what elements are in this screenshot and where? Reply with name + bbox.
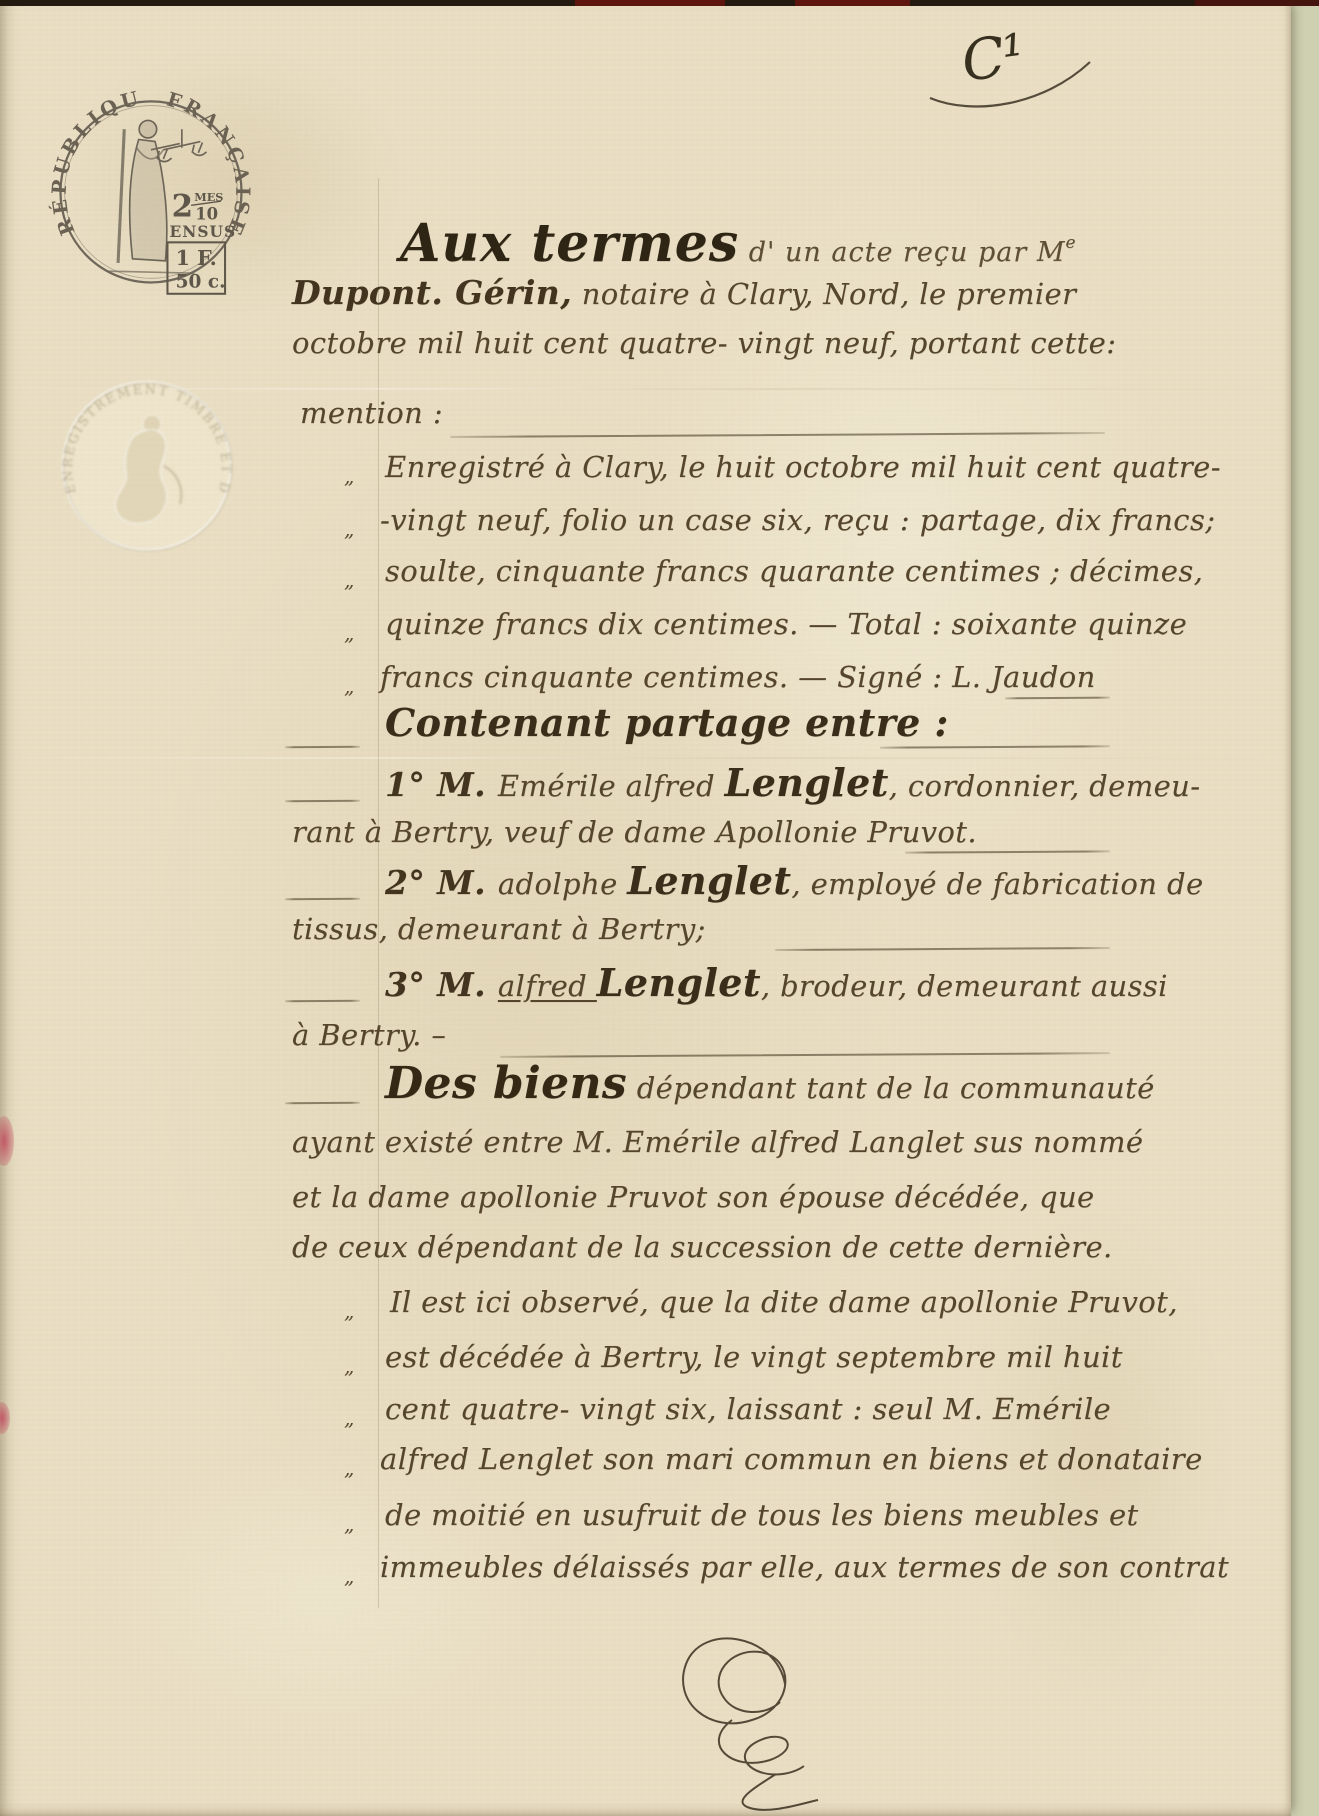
manuscript-text-segment: -vingt neuf, folio un case six, reçu : p… xyxy=(380,503,1215,537)
manuscript-text-segment: est décédée à Bertry, le vingt septembre… xyxy=(385,1340,1123,1374)
stamp-rate-digit: 2 xyxy=(172,189,193,225)
manuscript-text-segment: tissus, demeurant à Bertry; xyxy=(292,912,706,946)
quotation-mark: „ xyxy=(344,1406,354,1430)
manuscript-line: soulte, cinquante francs quarante centim… xyxy=(385,554,1203,588)
margin-crease xyxy=(378,178,379,1608)
scanned-document-page: { "page": { "corner_mark": "C¹", "paper_… xyxy=(0,0,1319,1816)
manuscript-text-segment: , brodeur, demeurant aussi xyxy=(761,969,1168,1003)
revenue-stamp: RÉPUBLIQUE FRANÇAISE 2 MES 10 ENSUS 1 F.… xyxy=(48,86,254,302)
manuscript-text-segment: cent quatre- vingt six, laissant : seul … xyxy=(385,1392,1111,1426)
red-edge-mark xyxy=(1195,0,1319,6)
manuscript-text-segment: , employé de fabrication de xyxy=(791,867,1203,901)
corner-mark-swash xyxy=(918,46,1108,116)
manuscript-text-segment: à Bertry. – xyxy=(292,1018,446,1052)
manuscript-line: et la dame apollonie Pruvot son épouse d… xyxy=(292,1180,1095,1214)
quotation-mark: „ xyxy=(344,464,354,488)
manuscript-line: mention : xyxy=(300,396,443,430)
manuscript-text-segment: quinze francs dix centimes. — Total : so… xyxy=(385,607,1187,641)
manuscript-line: Contenant partage entre : xyxy=(385,700,949,745)
manuscript-text-segment: Emérile alfred xyxy=(498,769,725,803)
manuscript-text-segment: Il est ici observé, que la dite dame apo… xyxy=(390,1285,1178,1319)
manuscript-text-segment: Contenant partage entre : xyxy=(385,700,949,745)
manuscript-text-segment: notaire à Clary, Nord, le premier xyxy=(572,277,1076,311)
manuscript-line: Enregistré à Clary, le huit octobre mil … xyxy=(385,450,1221,484)
manuscript-line: de ceux dépendant de la succession de ce… xyxy=(292,1230,1113,1264)
manuscript-text-segment: Lenglet xyxy=(725,760,889,805)
manuscript-text-segment: Dupont. Gérin, xyxy=(292,273,572,312)
manuscript-line: -vingt neuf, folio un case six, reçu : p… xyxy=(380,503,1215,537)
manuscript-text-segment: e xyxy=(1066,233,1076,253)
quotation-mark: „ xyxy=(344,1299,354,1323)
manuscript-line: octobre mil huit cent quatre- vingt neuf… xyxy=(292,326,1116,360)
manuscript-text-segment: Aux termes xyxy=(400,213,739,274)
embossed-seal: ENREGISTREMENT TIMBRE ET DOMAINES xyxy=(52,366,242,558)
quotation-mark: „ xyxy=(344,1456,354,1480)
manuscript-line: francs cinquante centimes. — Signé : L. … xyxy=(380,660,1096,694)
manuscript-text-segment: dépendant tant de la communauté xyxy=(627,1071,1155,1105)
manuscript-line: ayant existé entre M. Emérile alfred Lan… xyxy=(292,1125,1143,1159)
manuscript-line: tissus, demeurant à Bertry; xyxy=(292,912,706,946)
manuscript-text-segment: Lenglet xyxy=(627,858,791,903)
scales-icon xyxy=(157,129,206,161)
manuscript-text-segment: rant à Bertry, veuf de dame Apollonie Pr… xyxy=(292,815,977,849)
manuscript-text-segment: alfred xyxy=(498,969,597,1003)
quotation-mark: „ xyxy=(344,1564,354,1588)
manuscript-text-segment: ayant existé entre M. Emérile alfred Lan… xyxy=(292,1125,1143,1159)
manuscript-line: de moitié en usufruit de tous les biens … xyxy=(385,1498,1139,1532)
red-edge-mark xyxy=(575,0,725,6)
manuscript-text-segment: Lenglet xyxy=(597,960,761,1005)
manuscript-text-segment: 1° M. xyxy=(385,765,498,804)
manuscript-text-segment: francs cinquante centimes. — Signé : L. … xyxy=(380,660,1096,694)
stamp-rate-word: ENSUS xyxy=(170,223,237,241)
manuscript-text-segment: soulte, cinquante francs quarante centim… xyxy=(385,554,1203,588)
manuscript-line: cent quatre- vingt six, laissant : seul … xyxy=(385,1392,1111,1426)
fold-crease xyxy=(0,757,1291,759)
manuscript-text-segment: octobre mil huit cent quatre- vingt neuf… xyxy=(292,326,1116,360)
red-edge-mark xyxy=(795,0,910,6)
manuscript-text-segment: de moitié en usufruit de tous les biens … xyxy=(385,1498,1139,1532)
quotation-mark: „ xyxy=(344,568,354,592)
manuscript-text-segment: alfred Lenglet son mari commun en biens … xyxy=(380,1442,1203,1476)
manuscript-text-segment: immeubles délaissés par elle, aux termes… xyxy=(380,1550,1229,1584)
manuscript-line: rant à Bertry, veuf de dame Apollonie Pr… xyxy=(292,815,977,849)
manuscript-text-segment: , cordonnier, demeu- xyxy=(889,769,1201,803)
manuscript-line: 2° M. adolphe Lenglet, employé de fabric… xyxy=(385,858,1204,903)
manuscript-text-segment: Des biens xyxy=(385,1058,627,1109)
manuscript-line: à Bertry. – xyxy=(292,1018,446,1052)
manuscript-text-segment: Enregistré à Clary, le huit octobre mil … xyxy=(385,450,1221,484)
manuscript-text-segment: mention : xyxy=(300,396,443,430)
quotation-mark: „ xyxy=(344,621,354,645)
manuscript-text-segment: et la dame apollonie Pruvot son épouse d… xyxy=(292,1180,1095,1214)
manuscript-line: Il est ici observé, que la dite dame apo… xyxy=(390,1285,1178,1319)
manuscript-line: 1° M. Emérile alfred Lenglet, cordonnier… xyxy=(385,760,1200,805)
manuscript-text-segment: 2° M. xyxy=(385,863,498,902)
manuscript-line: quinze francs dix centimes. — Total : so… xyxy=(385,607,1187,641)
stamp-rate-denom: 10 xyxy=(195,205,218,224)
stamp-tariff: 2 MES 10 ENSUS 1 F. 50 c. xyxy=(167,189,236,294)
manuscript-line: alfred Lenglet son mari commun en biens … xyxy=(380,1442,1203,1476)
manuscript-line: immeubles délaissés par elle, aux termes… xyxy=(380,1550,1229,1584)
stamp-value-cents: 50 c. xyxy=(176,272,226,293)
quotation-mark: „ xyxy=(344,517,354,541)
manuscript-line: est décédée à Bertry, le vingt septembre… xyxy=(385,1340,1123,1374)
quotation-mark: „ xyxy=(344,1512,354,1536)
paraph-signature xyxy=(580,1622,900,1816)
manuscript-line: Dupont. Gérin, notaire à Clary, Nord, le… xyxy=(292,273,1076,312)
stamp-value-francs: 1 F. xyxy=(176,246,217,270)
manuscript-text-segment: de ceux dépendant de la succession de ce… xyxy=(292,1230,1113,1264)
manuscript-text-segment: 3° M. xyxy=(385,965,498,1004)
quotation-mark: „ xyxy=(344,1354,354,1378)
manuscript-text-segment: adolphe xyxy=(498,867,627,901)
manuscript-line: Aux termes d' un acte reçu par Me xyxy=(400,213,1076,274)
manuscript-line: 3° M. alfred Lenglet, brodeur, demeurant… xyxy=(385,960,1168,1005)
quotation-mark: „ xyxy=(344,674,354,698)
manuscript-line: Des biens dépendant tant de la communaut… xyxy=(385,1058,1155,1109)
manuscript-text-segment: d' un acte reçu par M xyxy=(739,237,1065,268)
